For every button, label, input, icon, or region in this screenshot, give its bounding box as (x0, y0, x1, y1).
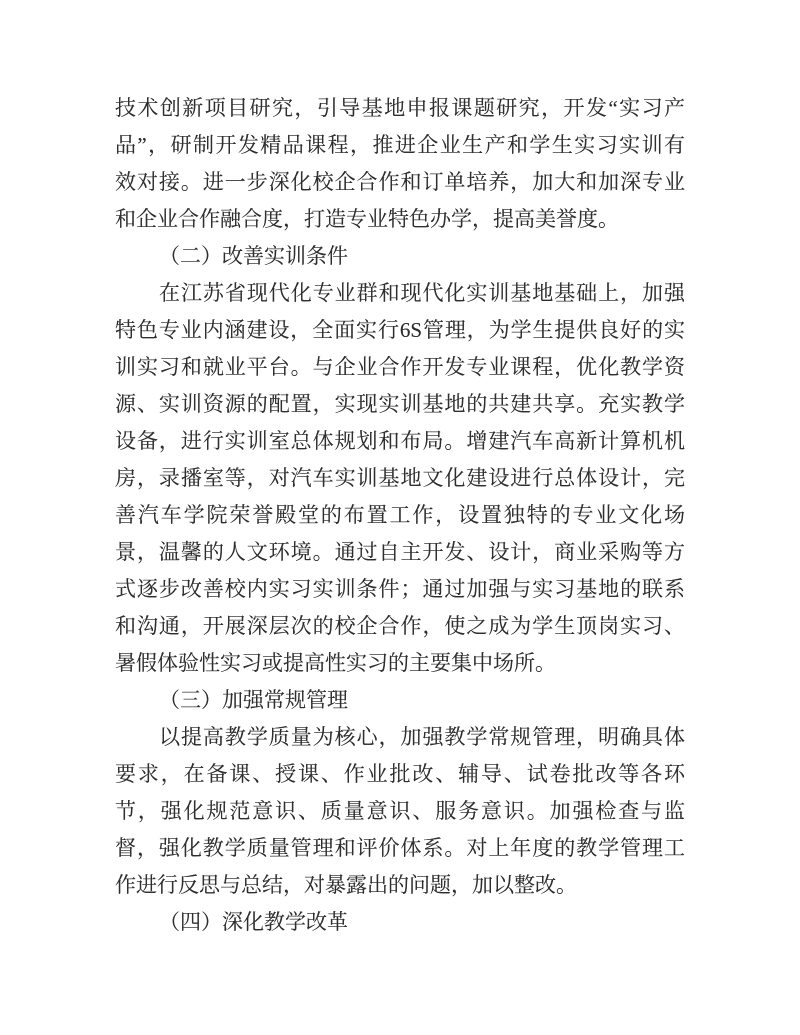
heading-line: （二）改善实训条件 (115, 238, 685, 275)
paragraph-section-2: 在江苏省现代化专业群和现代化实训基地基础上，加强特色专业内涵建设，全面实行6S管… (115, 275, 685, 682)
text-line: 特色专业内涵建设，全面实行6S管理，为学生提供良好的实 (115, 312, 685, 349)
text-line: 品”，研制开发精品课程，推进企业生产和学生实习实训有 (115, 127, 685, 164)
heading-section-2: （二）改善实训条件 (115, 238, 685, 275)
text-line: 节，强化规范意识、质量意识、服务意识。加强检查与监 (115, 793, 685, 830)
text-line: 源、实训资源的配置，实现实训基地的共建共享。充实教学 (115, 386, 685, 423)
heading-line: （三）加强常规管理 (115, 682, 685, 719)
text-line: 在江苏省现代化专业群和现代化实训基地基础上，加强 (115, 275, 685, 312)
paragraph-continuation: 技术创新项目研究，引导基地申报课题研究，开发“实习产品”，研制开发精品课程，推进… (115, 90, 685, 238)
document-body: 技术创新项目研究，引导基地申报课题研究，开发“实习产品”，研制开发精品课程，推进… (115, 90, 685, 941)
heading-section-4: （四）深化教学改革 (115, 904, 685, 941)
heading-line: （四）深化教学改革 (115, 904, 685, 941)
text-line: 效对接。进一步深化校企合作和订单培养，加大和加深专业 (115, 164, 685, 201)
text-line: 要求，在备课、授课、作业批改、辅导、试卷批改等各环 (115, 756, 685, 793)
text-line: 和沟通，开展深层次的校企合作，使之成为学生顶岗实习、 (115, 608, 685, 645)
text-line: 以提高教学质量为核心，加强教学常规管理，明确具体 (115, 719, 685, 756)
text-line: 善汽车学院荣誉殿堂的布置工作，设置独特的专业文化场 (115, 497, 685, 534)
text-line: 作进行反思与总结，对暴露出的问题，加以整改。 (115, 867, 685, 904)
text-line: 景，温馨的人文环境。通过自主开发、设计，商业采购等方 (115, 534, 685, 571)
text-line: 训实习和就业平台。与企业合作开发专业课程，优化教学资 (115, 349, 685, 386)
text-line: 督，强化教学质量管理和评价体系。对上年度的教学管理工 (115, 830, 685, 867)
document-page: 技术创新项目研究，引导基地申报课题研究，开发“实习产品”，研制开发精品课程，推进… (0, 0, 800, 1035)
text-line: 设备，进行实训室总体规划和布局。增建汽车高新计算机机 (115, 423, 685, 460)
text-line: 式逐步改善校内实习实训条件；通过加强与实习基地的联系 (115, 571, 685, 608)
text-line: 和企业合作融合度，打造专业特色办学，提高美誉度。 (115, 201, 685, 238)
heading-section-3: （三）加强常规管理 (115, 682, 685, 719)
paragraph-section-3: 以提高教学质量为核心，加强教学常规管理，明确具体要求，在备课、授课、作业批改、辅… (115, 719, 685, 904)
text-line: 房，录播室等，对汽车实训基地文化建设进行总体设计，完 (115, 460, 685, 497)
text-line: 暑假体验性实习或提高性实习的主要集中场所。 (115, 645, 685, 682)
text-line: 技术创新项目研究，引导基地申报课题研究，开发“实习产 (115, 90, 685, 127)
